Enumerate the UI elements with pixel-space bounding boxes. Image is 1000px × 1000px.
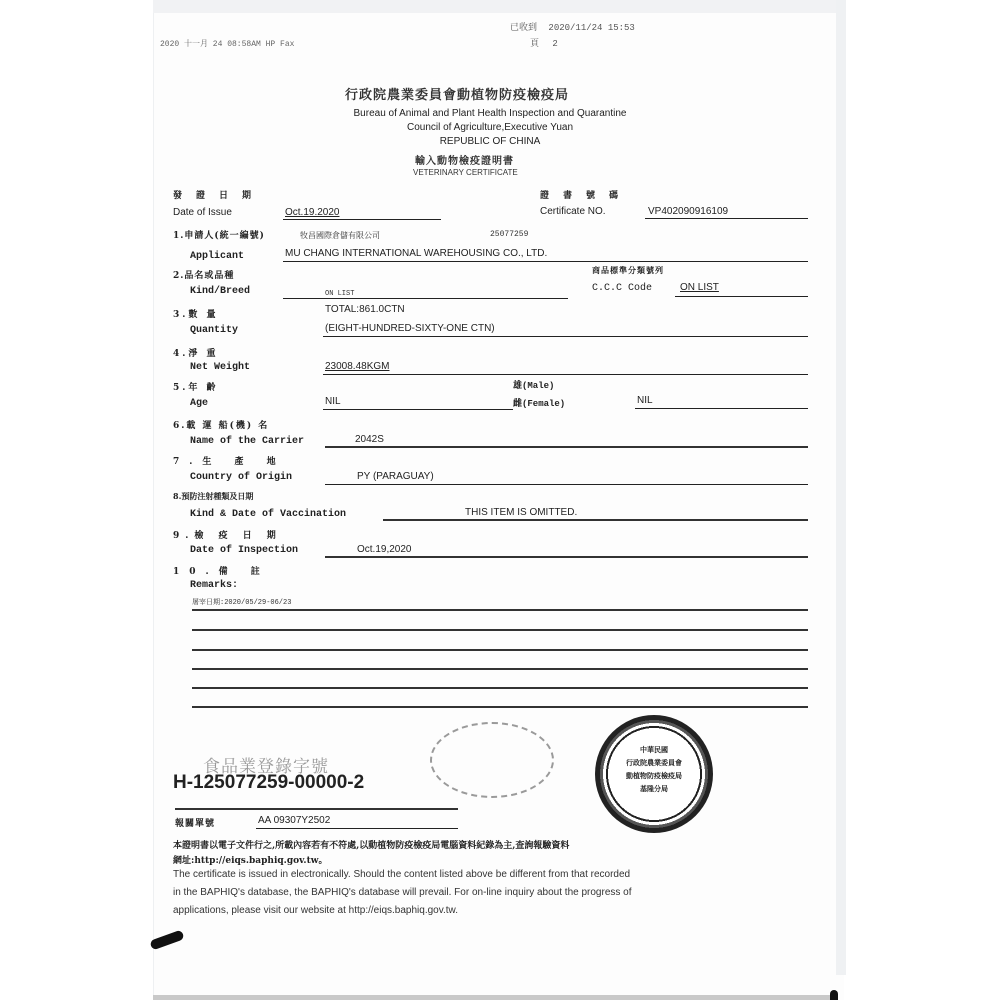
issue-date-label: Date of Issue bbox=[173, 207, 232, 218]
footnote-en-line3: applications, please visit our website a… bbox=[173, 902, 458, 920]
page-label: 頁 bbox=[530, 39, 539, 49]
vaccination-label-zh: 8.預防注射種類及日期 bbox=[173, 491, 253, 502]
underline bbox=[256, 828, 458, 829]
declaration-number: AA 09307Y2502 bbox=[258, 815, 330, 826]
seal-line: 行政院農業委員會 bbox=[619, 756, 689, 769]
inspection-oval-stamp bbox=[430, 722, 554, 798]
applicant-name: MU CHANG INTERNATIONAL WAREHOUSING CO., … bbox=[285, 248, 547, 259]
fax-page-indicator: 頁 2 bbox=[530, 36, 558, 49]
received-label: 已收到 bbox=[510, 23, 537, 33]
footnote-zh-line1: 本證明書以電子文件行之,所載內容若有不符處,以動植物防疫檢疫局電腦資料紀錄為主,… bbox=[173, 838, 569, 851]
underline bbox=[675, 296, 808, 297]
kind-label: Kind/Breed bbox=[190, 286, 250, 297]
page-number: 2 bbox=[552, 39, 557, 49]
cert-number-label-zh: 證書號碼 bbox=[540, 188, 632, 201]
net-weight-value: 23008.48KGM bbox=[325, 361, 390, 372]
doc-title-zh: 輸入動物檢疫證明書 bbox=[415, 152, 514, 167]
page-bottom-edge bbox=[153, 995, 833, 1000]
vaccination-label: Kind & Date of Vaccination bbox=[190, 509, 346, 520]
declaration-label-zh: 報關單號 bbox=[175, 816, 215, 829]
sex-value: NIL bbox=[637, 395, 653, 406]
underline bbox=[323, 409, 513, 410]
remarks-line bbox=[192, 649, 808, 651]
ccc-value: ON LIST bbox=[680, 282, 719, 293]
female-label: 雌(Female) bbox=[513, 396, 565, 409]
seal-line: 動植物防疫檢疫局 bbox=[619, 769, 689, 782]
footnote-en-line1: The certificate is issued in electronica… bbox=[173, 866, 630, 884]
fax-header-left: 2020 十一月 24 08:58AM HP Fax bbox=[160, 38, 294, 49]
underline bbox=[283, 261, 808, 262]
quantity-total: TOTAL:861.0CTN bbox=[325, 304, 405, 315]
origin-value: PY (PARAGUAY) bbox=[357, 471, 434, 482]
footnote-en-line2: in the BAPHIQ's database, the BAPHIQ's d… bbox=[173, 884, 632, 902]
received-datetime: 2020/11/24 15:53 bbox=[548, 23, 634, 33]
vaccination-value: THIS ITEM IS OMITTED. bbox=[465, 507, 577, 518]
quantity-words: (EIGHT-HUNDRED-SIXTY-ONE CTN) bbox=[325, 323, 495, 334]
underline bbox=[323, 336, 808, 337]
country-title: REPUBLIC OF CHINA bbox=[300, 136, 680, 147]
doc-title-en: VETERINARY CERTIFICATE bbox=[413, 168, 518, 177]
underline bbox=[645, 218, 808, 219]
food-registration-number: H-125077259-00000-2 bbox=[173, 772, 364, 794]
remarks-value: 屠宰日期:2020/05/29-06/23 bbox=[192, 597, 291, 607]
remarks-line bbox=[192, 668, 808, 670]
age-value: NIL bbox=[325, 396, 341, 407]
applicant-label-zh: 1.申請人(統一編號) bbox=[173, 228, 265, 241]
issue-date-label-zh: 發證日期 bbox=[173, 188, 265, 201]
carrier-label-zh: 6.載 運 船(機) 名 bbox=[173, 418, 269, 431]
council-title: Council of Agriculture,Executive Yuan bbox=[300, 122, 680, 133]
remarks-label-zh: 10.備 註 bbox=[173, 564, 270, 577]
underline bbox=[325, 446, 808, 448]
underline bbox=[383, 519, 808, 521]
cert-number-value: VP402090916109 bbox=[648, 206, 728, 217]
inspection-label-zh: 9.檢 疫 日 期 bbox=[173, 528, 282, 541]
applicant-id-number: 25077259 bbox=[490, 230, 528, 239]
origin-label: Country of Origin bbox=[190, 472, 292, 483]
agency-title-zh: 行政院農業委員會動植物防疫檢疫局 bbox=[345, 84, 569, 103]
kind-label-zh: 2.品名或品種 bbox=[173, 268, 234, 281]
inspection-value: Oct.19,2020 bbox=[357, 544, 411, 555]
seal-line: 基隆分局 bbox=[619, 782, 689, 795]
quantity-label: Quantity bbox=[190, 325, 238, 336]
net-weight-label-zh: 4.淨 重 bbox=[173, 346, 219, 359]
carrier-value: 2042S bbox=[355, 434, 384, 445]
remarks-line bbox=[192, 687, 808, 689]
ccc-label: C.C.C Code bbox=[592, 283, 652, 294]
cert-number-label: Certificate NO. bbox=[540, 206, 606, 217]
carrier-label: Name of the Carrier bbox=[190, 436, 304, 447]
underline bbox=[325, 556, 808, 558]
seal-line: 中華民國 bbox=[619, 743, 689, 756]
inspection-label: Date of Inspection bbox=[190, 545, 298, 556]
cursor-icon bbox=[830, 990, 838, 1000]
agency-title-en: Bureau of Animal and Plant Health Inspec… bbox=[300, 108, 680, 119]
remarks-line bbox=[192, 629, 808, 631]
underline bbox=[325, 484, 808, 485]
remarks-label: Remarks: bbox=[190, 580, 238, 591]
footnote-zh-line2: 網址:http://eiqs.baphiq.gov.tw。 bbox=[173, 853, 327, 866]
page-top-edge bbox=[153, 0, 843, 13]
applicant-label: Applicant bbox=[190, 251, 244, 262]
underline bbox=[635, 408, 808, 409]
received-stamp: 已收到 2020/11/24 15:53 bbox=[510, 20, 635, 33]
underline bbox=[283, 298, 568, 299]
underline bbox=[323, 374, 808, 375]
age-label-zh: 5.年 齡 bbox=[173, 380, 219, 393]
applicant-name-zh: 牧昌國際倉儲有限公司 bbox=[300, 230, 380, 241]
issue-date-value: Oct.19.2020 bbox=[285, 207, 339, 218]
separator-line bbox=[175, 808, 458, 810]
quantity-label-zh: 3.數 量 bbox=[173, 307, 219, 320]
net-weight-label: Net Weight bbox=[190, 362, 250, 373]
origin-label-zh: 7.生 產 地 bbox=[173, 454, 286, 467]
ccc-label-zh: 商品標準分類號列 bbox=[592, 265, 664, 276]
page-right-edge bbox=[836, 0, 846, 975]
remarks-line bbox=[192, 706, 808, 708]
age-label: Age bbox=[190, 398, 208, 409]
underline bbox=[283, 219, 441, 220]
remarks-line bbox=[192, 609, 808, 611]
male-label: 雄(Male) bbox=[513, 378, 554, 391]
official-seal: 中華民國 行政院農業委員會 動植物防疫檢疫局 基隆分局 bbox=[595, 715, 713, 833]
kind-value: ON LIST bbox=[325, 290, 354, 298]
